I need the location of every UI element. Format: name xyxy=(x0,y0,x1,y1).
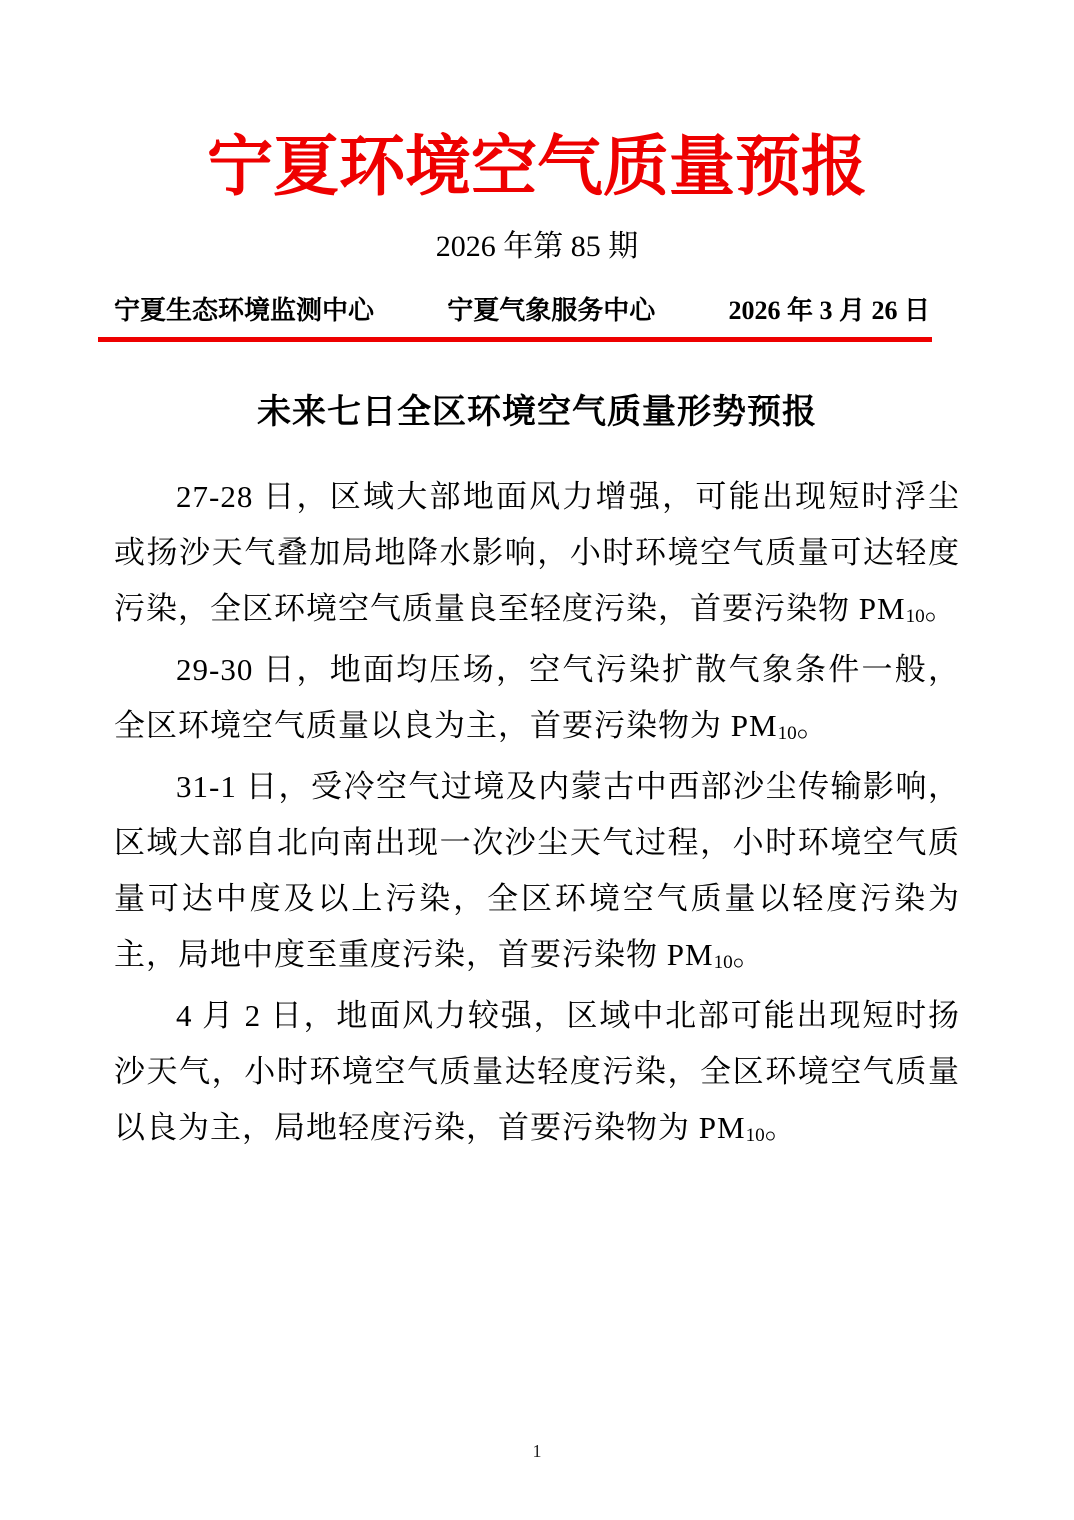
paragraph-text: 。 xyxy=(797,708,829,743)
org-center: 宁夏气象服务中心 xyxy=(447,290,655,327)
document-page: 宁夏环境空气质量预报 2026 年第 85 期 宁夏生态环境监测中心 宁夏气象服… xyxy=(0,0,1074,1520)
subscript-text: 10 xyxy=(746,1125,765,1146)
document-title: 宁夏环境空气质量预报 xyxy=(0,122,1074,214)
issue-number: 2026 年第 85 期 xyxy=(0,228,1074,266)
body-paragraph: 27-28 日，区域大部地面风力增强，可能出现短时浮尘或扬沙天气叠加局地降水影响… xyxy=(114,469,960,642)
paragraph-text: 4 月 2 日，地面风力较强，区域中北部可能出现短时扬沙天气，小时环境空气质量达… xyxy=(114,998,960,1145)
paragraph-text: 29-30 日，地面均压场，空气污染扩散气象条件一般，全区环境空气质量以良为主，… xyxy=(114,652,960,743)
paragraph-text: 。 xyxy=(765,1110,797,1145)
paragraph-text: 。 xyxy=(733,937,765,972)
subscript-text: 10 xyxy=(714,952,733,973)
body-paragraph: 4 月 2 日，地面风力较强，区域中北部可能出现短时扬沙天气，小时环境空气质量达… xyxy=(114,988,960,1161)
section-heading: 未来七日全区环境空气质量形势预报 xyxy=(0,384,1074,433)
subscript-text: 10 xyxy=(778,723,797,744)
paragraph-text: 。 xyxy=(925,591,957,626)
body-paragraph: 29-30 日，地面均压场，空气污染扩散气象条件一般，全区环境空气质量以良为主，… xyxy=(114,642,960,759)
paragraph-text: 27-28 日，区域大部地面风力增强，可能出现短时浮尘或扬沙天气叠加局地降水影响… xyxy=(114,479,960,626)
paragraph-text: 31-1 日，受冷空气过境及内蒙古中西部沙尘传输影响，区域大部自北向南出现一次沙… xyxy=(114,769,960,972)
subscript-text: 10 xyxy=(906,606,925,627)
org-left: 宁夏生态环境监测中心 xyxy=(114,290,374,327)
body-paragraph: 31-1 日，受冷空气过境及内蒙古中西部沙尘传输影响，区域大部自北向南出现一次沙… xyxy=(114,759,960,988)
masthead-row: 宁夏生态环境监测中心 宁夏气象服务中心 2026 年 3 月 26 日 xyxy=(98,290,932,342)
issue-date: 2026 年 3 月 26 日 xyxy=(728,290,930,327)
page-number: 1 xyxy=(0,1441,1074,1462)
body-paragraphs: 27-28 日，区域大部地面风力增强，可能出现短时浮尘或扬沙天气叠加局地降水影响… xyxy=(114,469,960,1161)
